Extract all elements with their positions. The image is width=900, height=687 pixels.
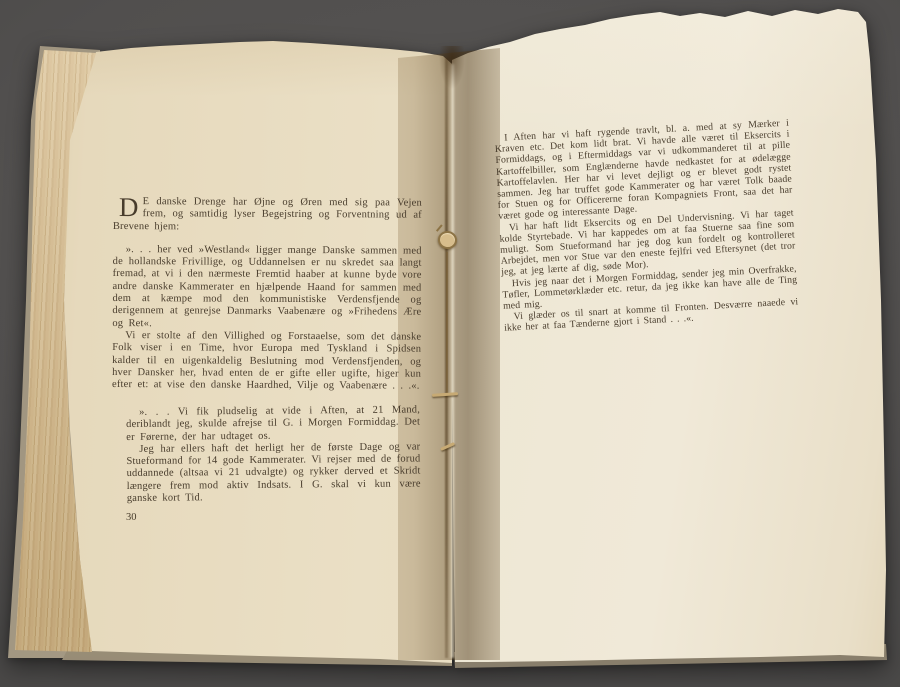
open-book: DE danske Drenge har Øjne og Øren med si…	[0, 0, 900, 687]
paragraph: Vi er stolte af den Villighed og Forstaa…	[112, 330, 421, 393]
paragraph-text: E danske Drenge har Øjne og Øren med sig…	[113, 196, 422, 232]
photo-background: DE danske Drenge har Øjne og Øren med si…	[0, 0, 900, 687]
paragraph: ». . . her ved »Westland« ligger mange D…	[112, 244, 421, 332]
paragraph: DE danske Drenge har Øjne og Øren med si…	[113, 196, 422, 235]
left-page-text: DE danske Drenge har Øjne og Øren med si…	[112, 196, 422, 393]
paragraph: I Aften har vi haft rygende travlt, bl. …	[494, 118, 793, 223]
paragraph: Jeg har ellers haft det herligt her de f…	[126, 441, 421, 505]
gutter-highlight	[451, 64, 454, 658]
binding-thread	[446, 252, 448, 394]
left-page-text-lower: ». . . Vi fik pludselig at vide i Aften,…	[126, 404, 421, 505]
paragraph: ». . . Vi fik pludselig at vide i Aften,…	[126, 404, 420, 443]
right-page-text: I Aften har vi haft rygende travlt, bl. …	[494, 118, 799, 335]
gutter-top-shadow	[438, 46, 466, 92]
drop-cap: D	[119, 197, 139, 218]
page-number: 30	[126, 512, 137, 523]
